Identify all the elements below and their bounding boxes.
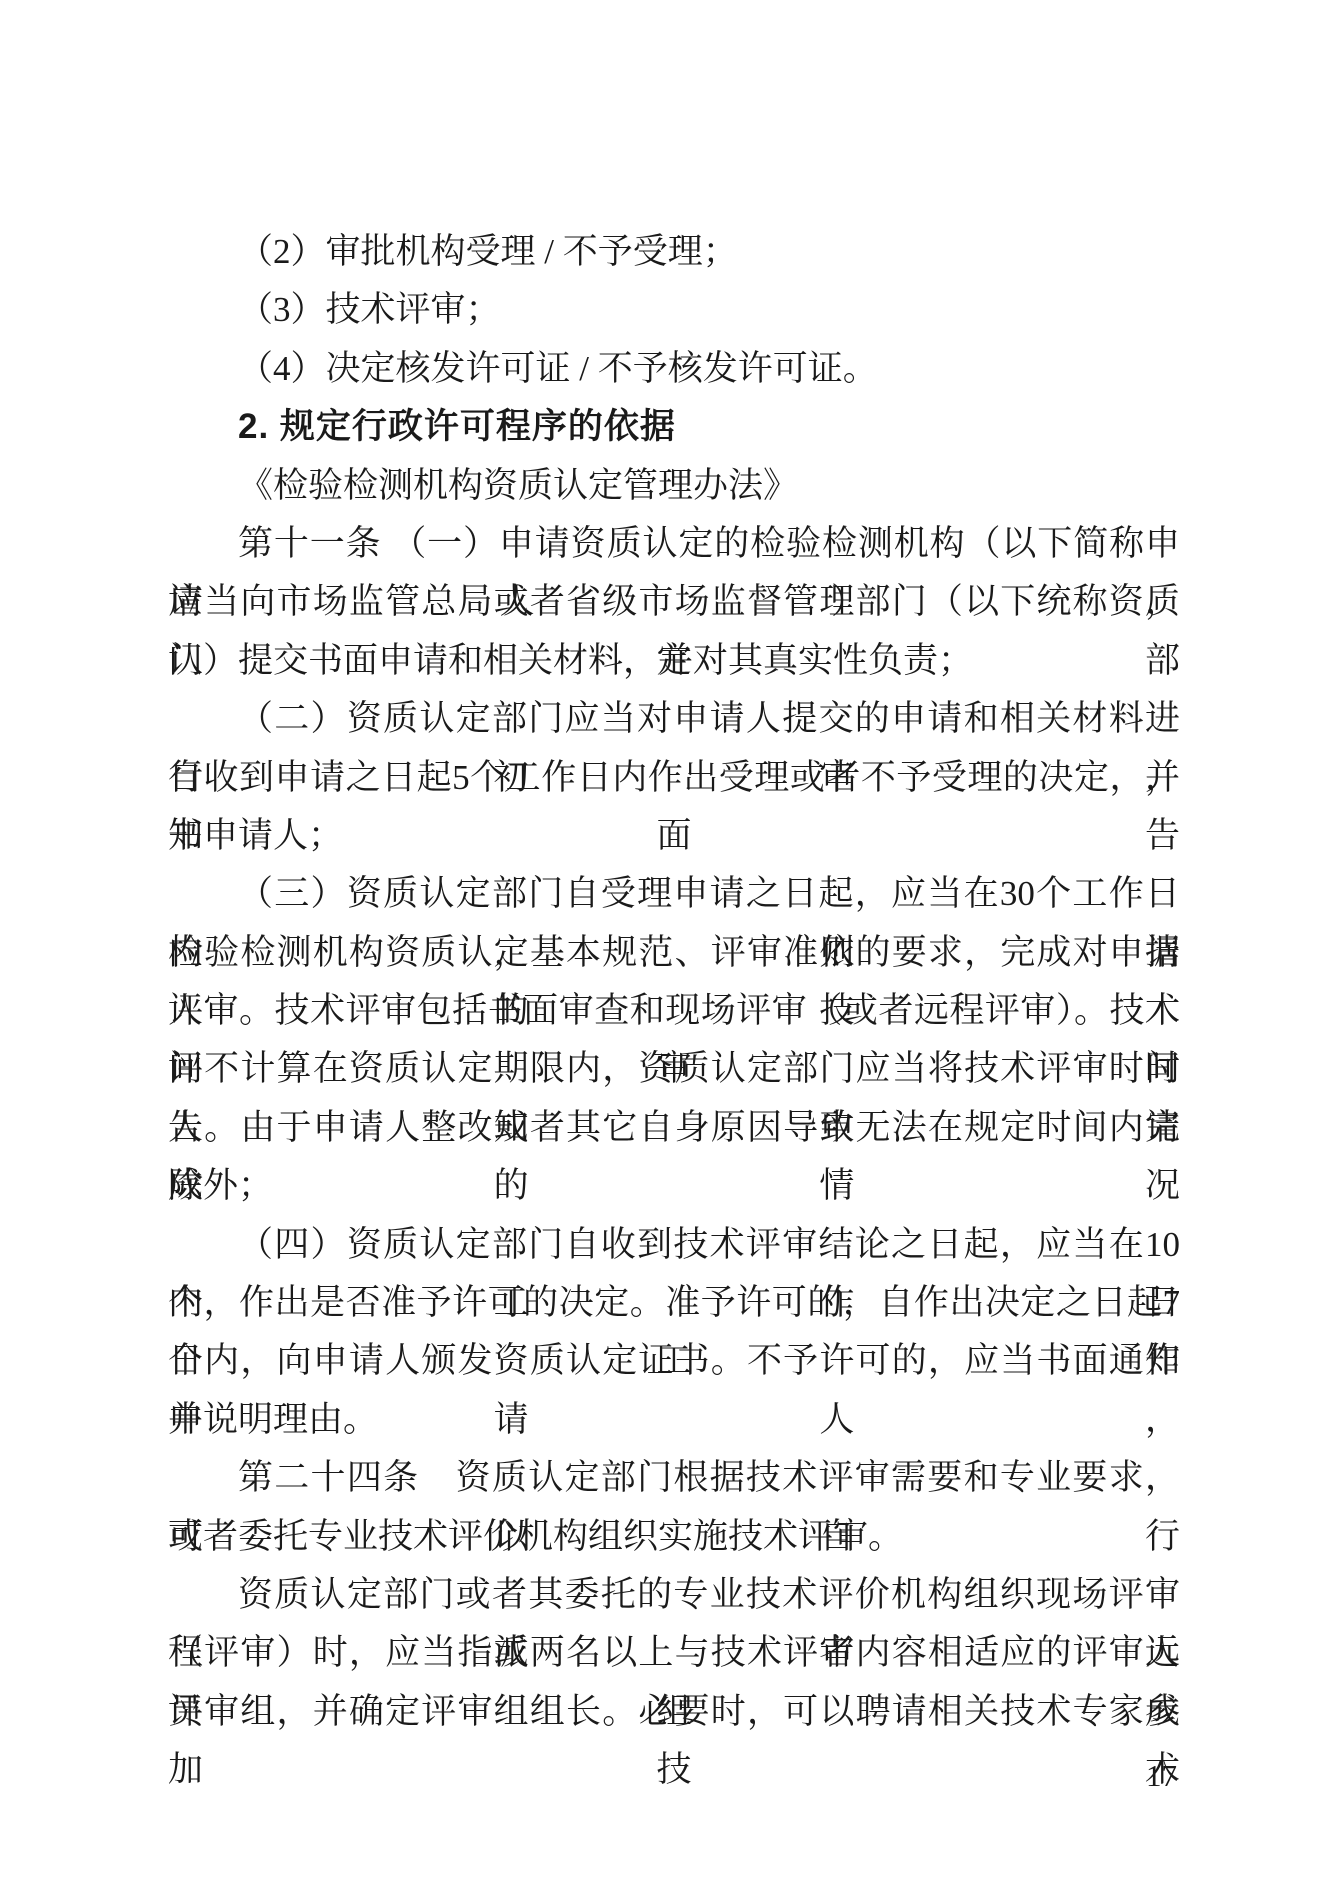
list-item-2: （2）审批机构受理 / 不予受理；	[168, 223, 1180, 281]
text-line: （二）资质认定部门应当对申请人提交的申请和相关材料进行初审，	[168, 690, 1180, 748]
document-page: （2）审批机构受理 / 不予受理；（3）技术评审；（4）决定核发许可证 / 不予…	[0, 0, 1339, 1890]
page-number: 17	[1146, 1756, 1206, 1796]
text-line: 日内，向申请人颁发资质认定证书。不予许可的，应当书面通知申请人，	[168, 1332, 1180, 1390]
text-line: （四）资质认定部门自收到技术评审结论之日起，应当在10个工作日	[168, 1216, 1180, 1274]
text-line: （三）资质认定部门自受理申请之日起，应当在30个工作日内，依据	[168, 865, 1180, 923]
text-line: 自收到申请之日起5个工作日内作出受理或者不予受理的决定，并书面告	[168, 749, 1180, 807]
document-body: （2）审批机构受理 / 不予受理；（3）技术评审；（4）决定核发许可证 / 不予…	[168, 223, 1180, 1741]
text-line: 人。由于申请人整改或者其它自身原因导致无法在规定时间内完成的情况	[168, 1099, 1180, 1157]
text-line: 应当向市场监管总局或者省级市场监督管理部门（以下统称资质认定部	[168, 573, 1180, 631]
text-line: 程评审）时，应当指派两名以上与技术评审内容相适应的评审人员组成	[168, 1624, 1180, 1682]
text-line: 第二十四条 资质认定部门根据技术评审需要和专业要求，可以自行	[168, 1449, 1180, 1507]
text-line: 评审组，并确定评审组组长。必要时，可以聘请相关技术专家参加技术	[168, 1683, 1180, 1741]
regulation-title: 《检验检测机构资质认定管理办法》	[168, 457, 1180, 515]
text-line: 评审。技术评审包括书面审查和现场评审（或者远程评审）。技术评审时	[168, 982, 1180, 1040]
section-heading: 2. 规定行政许可程序的依据	[168, 398, 1180, 456]
list-item-3: （3）技术评审；	[168, 281, 1180, 339]
text-line: 间不计算在资质认定期限内，资质认定部门应当将技术评审时间告知申请	[168, 1040, 1180, 1098]
text-line: 内，作出是否准予许可的决定。准予许可的，自作出决定之日起7个工作	[168, 1274, 1180, 1332]
text-line: 检验检测机构资质认定基本规范、评审准则的要求，完成对申请人的技术	[168, 924, 1180, 982]
text-line: 资质认定部门或者其委托的专业技术评价机构组织现场评审（或者远	[168, 1566, 1180, 1624]
list-item-4: （4）决定核发许可证 / 不予核发许可证。	[168, 340, 1180, 398]
text-line: 第十一条 （一）申请资质认定的检验检测机构（以下简称申请人），	[168, 515, 1180, 573]
